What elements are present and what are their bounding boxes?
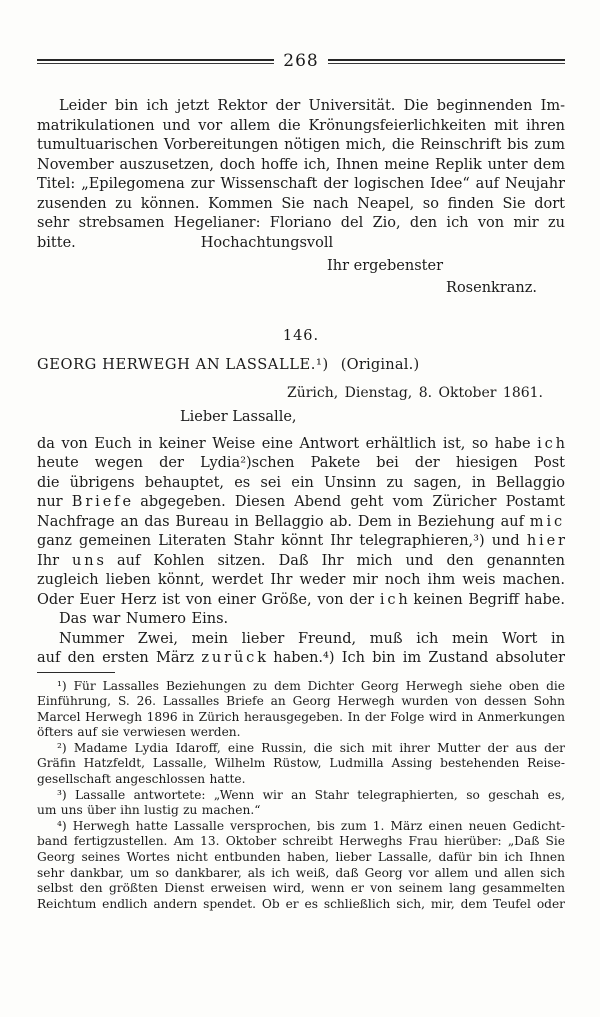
text-line: Gräfin Hatzfeldt, Lassalle, Wilhelm Rüst… [37, 756, 565, 772]
letter-title-suffix: (Original.) [341, 356, 420, 373]
footnote-separator-rule [37, 672, 115, 673]
text-line: öfters auf sie verwiesen werden. [37, 725, 565, 741]
footnote-4: ⁴) Herwegh hatte Lassalle versprochen, b… [37, 819, 565, 913]
footnote-2: ²) Madame Lydia Idaroff, eine Russin, di… [37, 741, 565, 788]
running-head: 268 [37, 52, 565, 70]
letter-title-line: GEORG HERWEGH AN LASSALLE.¹)(Original.) [37, 355, 565, 375]
signature-line-2: Rosenkranz. [37, 278, 565, 298]
text-line: sehr dankbar, um so dankbarer, als ich w… [37, 866, 565, 882]
text-line: die übrigens behauptet, es sei ein Unsin… [37, 474, 565, 494]
text-line: Marcel Herwegh 1896 in Zürich herausgege… [37, 710, 565, 726]
text-line: ³) Lassalle antwortete: „Wenn wir an Sta… [37, 788, 565, 804]
text-line: ⁴) Herwegh hatte Lassalle versprochen, b… [37, 819, 565, 835]
valediction-left: bitte. [37, 234, 76, 254]
text-line: nur B r i e f e abgegeben. Diesen Abend … [37, 493, 565, 513]
signature-line-1: Ihr ergebenster [37, 256, 565, 276]
dateline: Zürich, Dienstag, 8. Oktober 1861. [37, 384, 565, 403]
text-line: Titel: „Epilegomena zur Wissenschaft der… [37, 175, 565, 195]
text-line: heute wegen der Lydia²)schen Pakete bei … [37, 454, 565, 474]
text-line: ganz gemeinen Literaten Stahr könnt Ihr … [37, 532, 565, 552]
header-rule-right [328, 59, 565, 64]
text-line: zusenden zu können. Kommen Sie nach Neap… [37, 195, 565, 215]
page-number: 268 [283, 52, 318, 70]
salutation: Lieber Lassalle, [180, 408, 565, 428]
text-line: Leider bin ich jetzt Rektor der Universi… [37, 97, 565, 117]
previous-letter-closing-paragraph: Leider bin ich jetzt Rektor der Universi… [37, 97, 565, 234]
text-line: Das war Numero Eins. [37, 610, 565, 630]
text-line: band fertigzustellen. Am 13. Oktober sch… [37, 834, 565, 850]
text-line: gesellschaft angeschlossen hatte. [37, 772, 565, 788]
footnotes-block: ¹) Für Lassalles Beziehungen zu dem Dich… [37, 679, 565, 913]
text-line: um uns über ihn lustig zu machen.“ [37, 803, 565, 819]
text-line: Nachfrage an das Bureau in Bellaggio ab.… [37, 513, 565, 533]
text-line: Einführung, S. 26. Lassalles Briefe an G… [37, 694, 565, 710]
letter-title: GEORG HERWEGH AN LASSALLE.¹) [37, 356, 329, 373]
letter-body-paragraph: da von Euch in keiner Weise eine Antwort… [37, 435, 565, 669]
footnote-3: ³) Lassalle antwortete: „Wenn wir an Sta… [37, 788, 565, 819]
header-rule-left [37, 59, 274, 64]
book-page: 268 Leider bin ich jetzt Rektor der Univ… [0, 0, 600, 1017]
text-line: Ihr u n s auf Kohlen sitzen. Daß Ihr mic… [37, 552, 565, 572]
footnote-1: ¹) Für Lassalles Beziehungen zu dem Dich… [37, 679, 565, 741]
text-line: zugleich lieben könnt, werdet Ihr weder … [37, 571, 565, 591]
text-line: November auszusetzen, doch hoffe ich, Ih… [37, 156, 565, 176]
valediction-line: bitte. Hochachtungsvoll [37, 234, 565, 254]
valediction-word: Hochachtungsvoll [201, 234, 333, 254]
text-line: matrikulationen und vor allem die Krönun… [37, 117, 565, 137]
text-line: Georg seines Wortes nicht entbunden habe… [37, 850, 565, 866]
text-line: sehr strebsamen Hegelianer: Floriano del… [37, 214, 565, 234]
text-line: ²) Madame Lydia Idaroff, eine Russin, di… [37, 741, 565, 757]
text-line: ¹) Für Lassalles Beziehungen zu dem Dich… [37, 679, 565, 695]
text-line: selbst den größten Dienst erweisen wird,… [37, 881, 565, 897]
text-line: auf den ersten März z u r ü c k haben.⁴)… [37, 649, 565, 669]
text-line: Oder Euer Herz ist von einer Größe, von … [37, 591, 565, 611]
text-line: Nummer Zwei, mein lieber Freund, muß ich… [37, 630, 565, 650]
text-line: Reichtum endlich andern spendet. Ob er e… [37, 897, 565, 913]
text-line: tumultuarischen Vorbereitungen nötigen m… [37, 136, 565, 156]
text-line: da von Euch in keiner Weise eine Antwort… [37, 435, 565, 455]
letter-number-heading: 146. [37, 326, 565, 346]
